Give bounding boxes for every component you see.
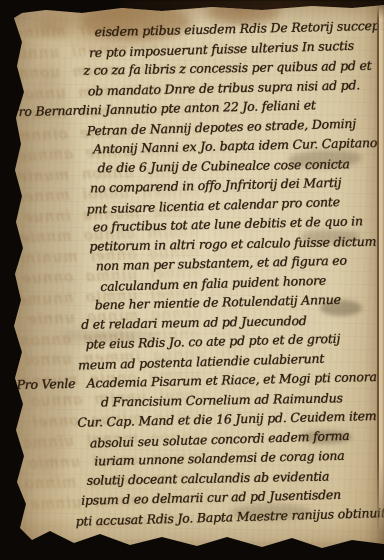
ink-smudge: [300, 430, 352, 444]
handwriting-block: eisdem ptibus eiusdem Rdis De Retorij su…: [6, 16, 384, 531]
ink-smudge: [320, 300, 362, 316]
manuscript-page: nmne unimo annuir muine onnum iunne mmon…: [12, 4, 384, 552]
ink-smudge: [300, 230, 360, 244]
page-fore-edge: [377, 6, 384, 534]
photo-background: nmne unimo annuir muine onnum iunne mmon…: [0, 0, 384, 560]
paragraph-1: eisdem ptibus eiusdem Rdis De Retorij su…: [6, 16, 380, 102]
ink-smudge: [62, 330, 152, 342]
paragraph-3: Pro Venle Academia Pisarum et Riace, et …: [14, 367, 384, 531]
ink-smudge: [230, 504, 312, 520]
